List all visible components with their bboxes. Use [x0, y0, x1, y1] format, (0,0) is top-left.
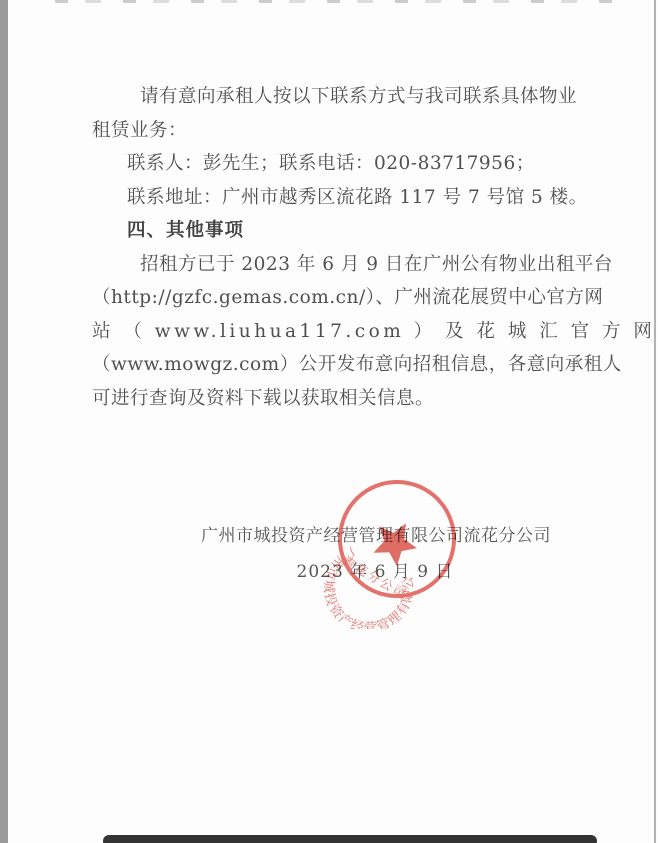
section-heading: 四、其他事项 [92, 214, 592, 248]
signature-date: 2023 年 6 月 9 日 [297, 557, 454, 582]
paragraph-line: 招租方已于 2023 年 6 月 9 日在广州公有物业出租平台 [92, 248, 592, 282]
paragraph-line: 可进行查询及资料下载以获取相关信息。 [92, 382, 592, 416]
paragraph-line: 请有意向承租人按以下联系方式与我司联系具体物业 [92, 80, 592, 114]
document-text: 请有意向承租人按以下联系方式与我司联系具体物业 租赁业务： 联系人：彭先生；联系… [92, 80, 592, 415]
page-left-edge [0, 0, 8, 843]
signature-company: 广州市城投资产经营管理有限公司流花分公司 [201, 521, 551, 546]
paragraph-line: （www.mowgz.com）公开发布意向招租信息，各意向承租人 [92, 348, 592, 382]
paragraph-line: （http://gzfc.gemas.com.cn/）、广州流花展贸中心官方网 [92, 281, 592, 315]
paragraph-line: 站 （ www.liuhua117.com ） 及 花 城 汇 官 方 网 站 [92, 315, 592, 349]
horizontal-scrollbar-thumb[interactable] [103, 835, 597, 843]
document-viewer: 请有意向承租人按以下联系方式与我司联系具体物业 租赁业务： 联系人：彭先生；联系… [0, 0, 658, 843]
contact-address-line: 联系地址：广州市越秀区流花路 117 号 7 号馆 5 楼。 [92, 181, 592, 215]
contact-person-line: 联系人：彭先生；联系电话：020-83717956； [92, 147, 592, 181]
clipped-text-remnant [55, 0, 620, 3]
paragraph-line: 租赁业务： [92, 114, 592, 148]
page-right-border [654, 0, 656, 843]
